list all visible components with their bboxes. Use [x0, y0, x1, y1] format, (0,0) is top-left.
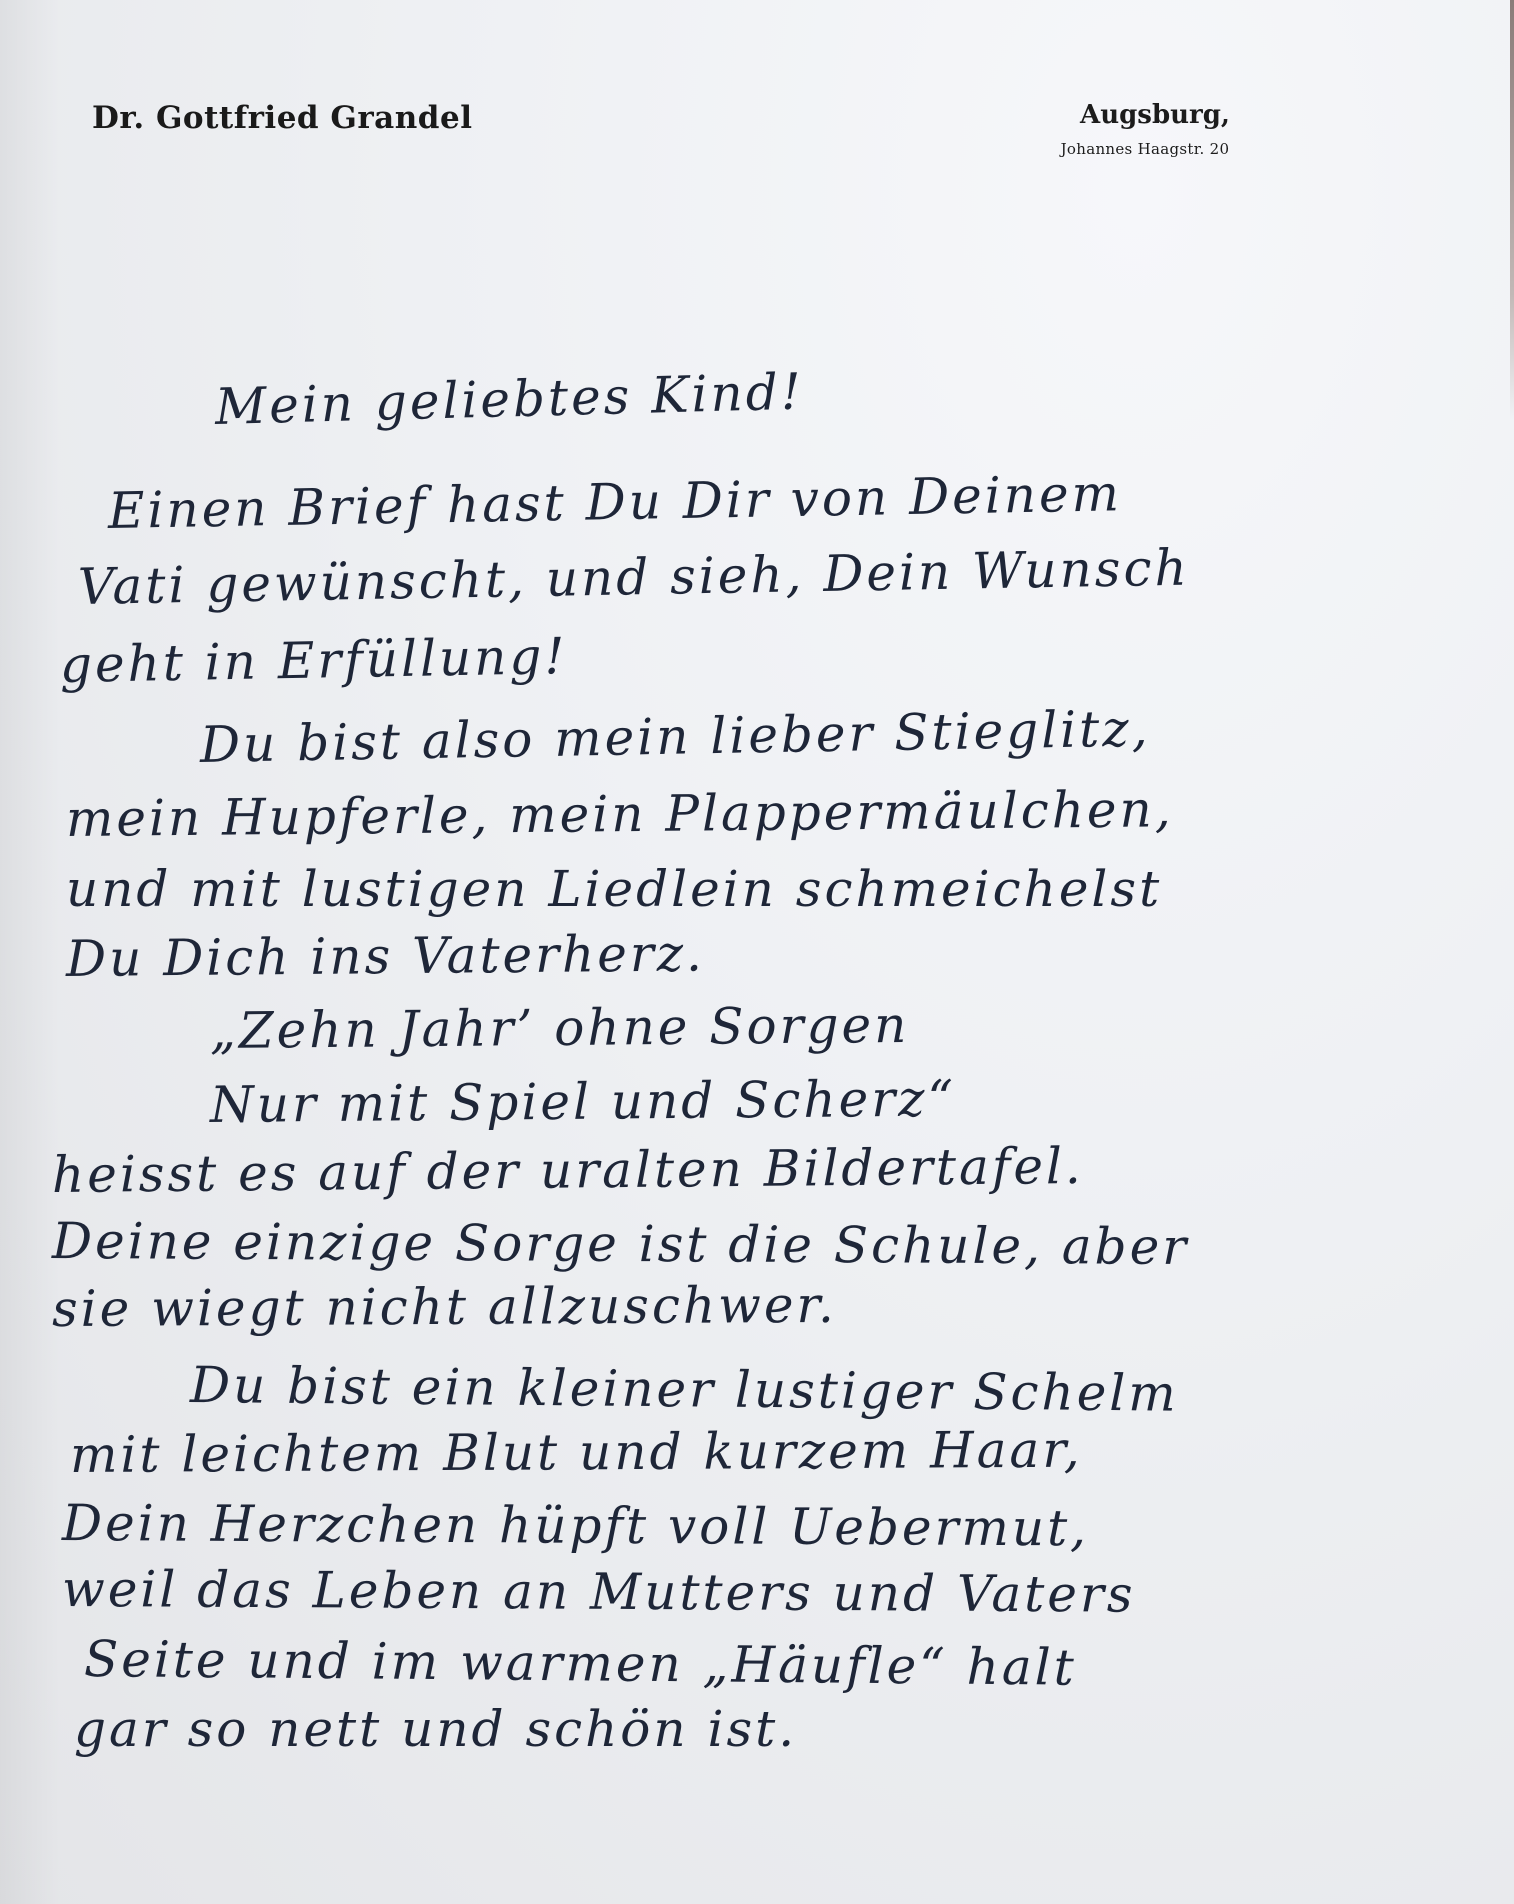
- letter-line: mein Hupferle, mein Plappermäulchen,: [66, 780, 1174, 848]
- letter-line: Deine einzige Sorge ist die Schule, aber: [52, 1212, 1189, 1276]
- letter-line: Seite und im warmen „Häufle“ halt: [84, 1630, 1077, 1697]
- letter-line: Vati gewünscht, und sieh, Dein Wunsch: [77, 539, 1190, 616]
- salutation: Mein geliebtes Kind!: [214, 363, 804, 436]
- letter-line: Du Dich ins Vaterherz.: [66, 924, 705, 988]
- letter-line: mit leichtem Blut und kurzem Haar,: [70, 1421, 1083, 1484]
- letter-line: „Zehn Jahr’ ohne Sorgen: [210, 996, 910, 1060]
- letter-line: Dein Herzchen hüpft voll Uebermut,: [62, 1494, 1089, 1557]
- letter-line: heisst es auf der uralten Bildertafel.: [52, 1137, 1084, 1204]
- letter-body: Mein geliebtes Kind! Einen Brief hast Du…: [0, 0, 1514, 1904]
- letter-line: Nur mit Spiel und Scherz“: [210, 1069, 957, 1134]
- letter-line: weil das Leben an Mutters und Vaters: [62, 1560, 1136, 1624]
- letter-line: Einen Brief hast Du Dir von Deinem: [107, 464, 1122, 540]
- letter-line: Du bist also mein lieber Stieglitz,: [199, 699, 1150, 774]
- letter-line: sie wiegt nicht allzuschwer.: [52, 1276, 837, 1338]
- letter-line: gar so nett und schön ist.: [74, 1700, 797, 1758]
- letter-line: geht in Erfüllung!: [59, 627, 567, 694]
- letter-line: Du bist ein kleiner lustiger Schelm: [190, 1356, 1179, 1423]
- letter-page: Dr. Gottfried Grandel Augsburg, Johannes…: [0, 0, 1514, 1904]
- letter-line: und mit lustigen Liedlein schmeichelst: [66, 860, 1162, 918]
